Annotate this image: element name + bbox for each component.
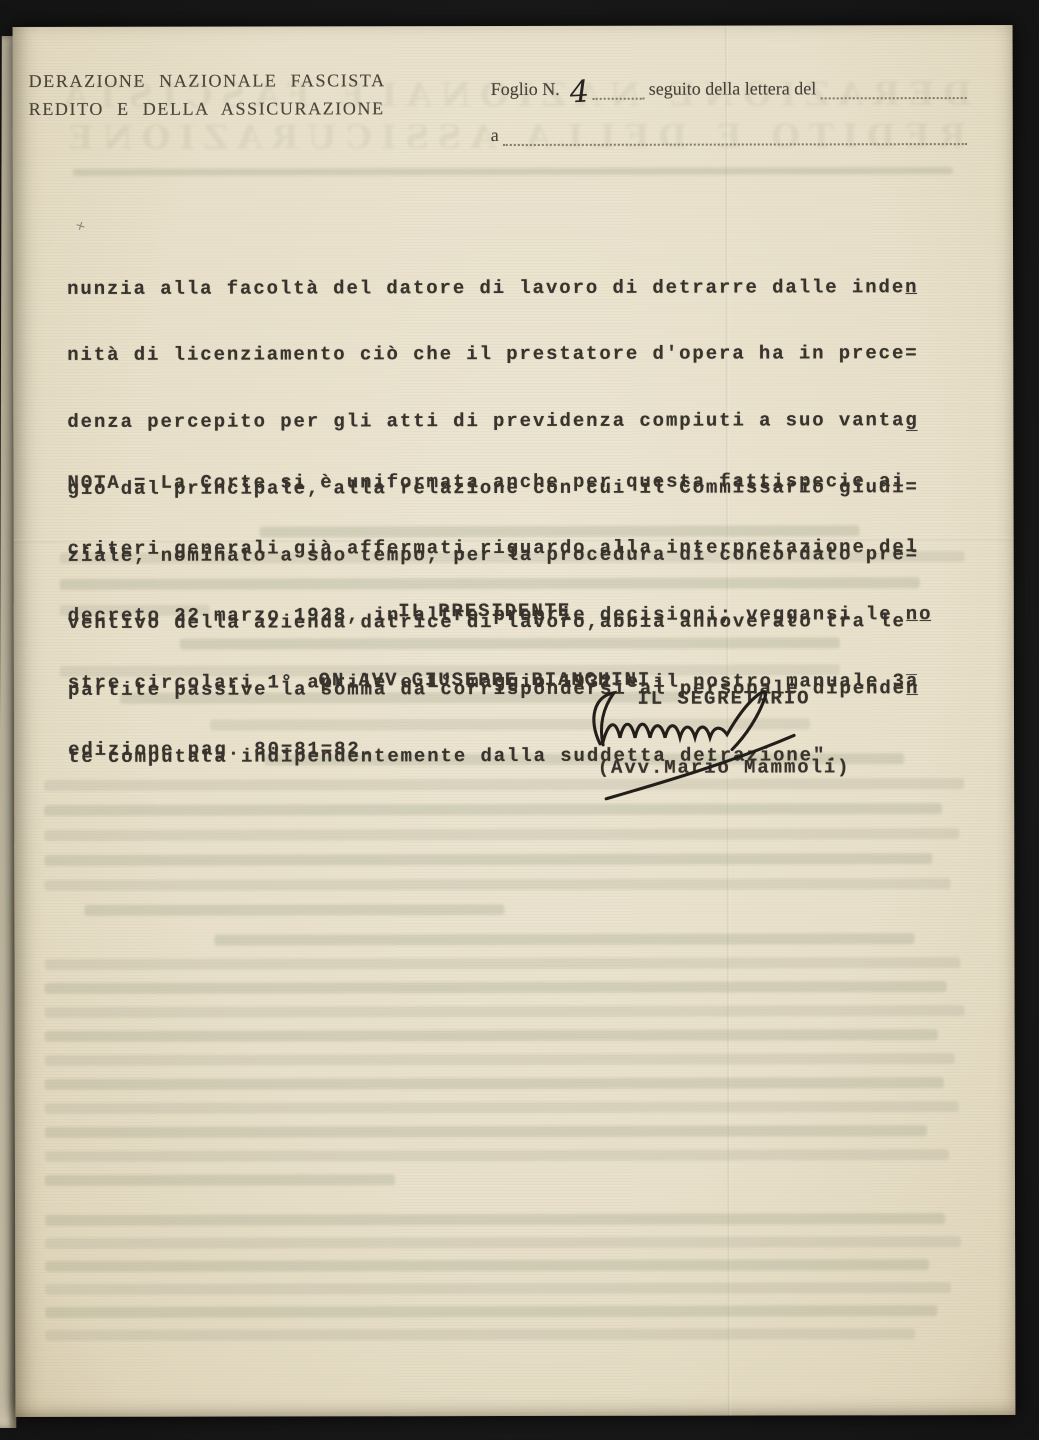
- letterhead-line-2: REDITO E DELLA ASSICURAZIONE: [29, 94, 386, 123]
- dotted-rule: [503, 123, 967, 146]
- foglio-label: Foglio N.: [491, 79, 560, 100]
- letter-page: DERAZIONE NAZIONALE FASCISTA REDITO E DE…: [13, 25, 1016, 1417]
- president-title: IL PRESIDENTE: [290, 600, 680, 624]
- handwritten-page-number: 4: [569, 82, 589, 103]
- page-content: DERAZIONE NAZIONALE FASCISTA REDITO E DE…: [13, 25, 1016, 1417]
- dotted-rule: [820, 77, 966, 99]
- addressee-row: a: [491, 123, 967, 146]
- body-line: NOTA = La Corte si è uniformata anche pe…: [67, 470, 932, 494]
- addressee-label: a: [491, 125, 499, 146]
- sheet-header: Foglio N. 4 seguito della lettera del a: [491, 77, 967, 146]
- handwritten-signature: [580, 677, 852, 814]
- letterhead: DERAZIONE NAZIONALE FASCISTA REDITO E DE…: [29, 66, 386, 123]
- scanned-document-photo: { "letterhead": { "line1": "DERAZIONE NA…: [0, 0, 1039, 1440]
- body-line: nità di licenziamento ciò che il prestat…: [67, 343, 918, 367]
- foglio-row: Foglio N. 4 seguito della lettera del: [491, 77, 967, 100]
- seguito-label: seguito della lettera del: [649, 78, 816, 99]
- letterhead-line-1: DERAZIONE NAZIONALE FASCISTA: [29, 66, 386, 95]
- dotted-rule: [593, 78, 645, 100]
- body-line: nunzia alla facoltà del datore di lavoro…: [67, 276, 918, 300]
